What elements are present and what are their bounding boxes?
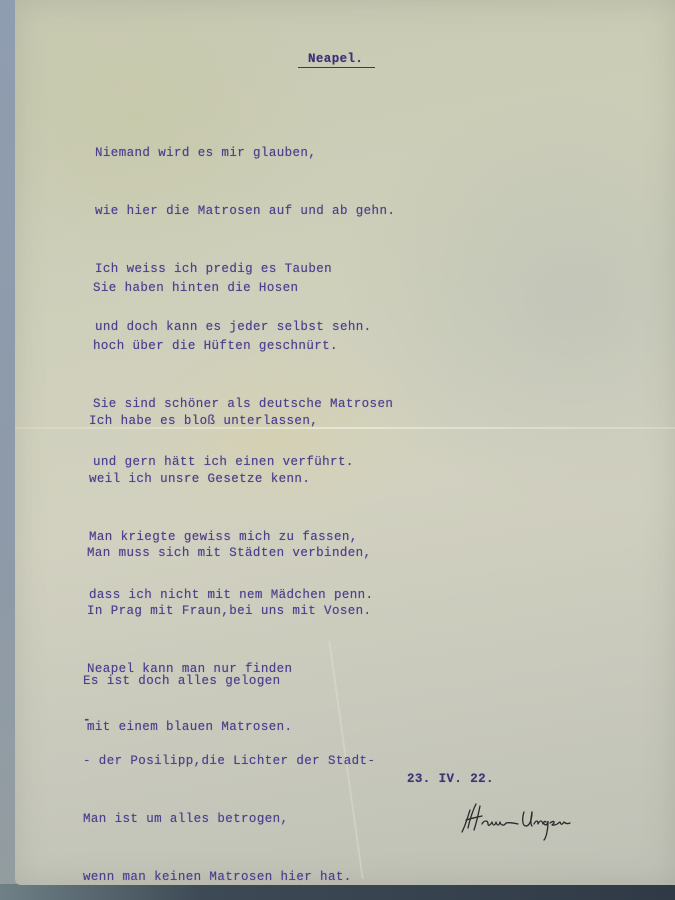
poem-line: Es ist doch alles gelogen — [83, 666, 375, 696]
poem-line: Ich habe es bloß unterlassen, — [89, 406, 373, 436]
poem-line: wenn man keinen Matrosen hier hat. — [83, 862, 375, 892]
poem-line: hoch über die Hüften geschnürt. — [93, 331, 393, 361]
poem-date: 23. IV. 22. — [407, 772, 494, 786]
poem-line: wie hier die Matrosen auf und ab gehn. — [95, 196, 395, 226]
handwritten-signature — [458, 798, 578, 846]
poem-line: Man muss sich mit Städten verbinden, — [87, 538, 371, 568]
poem-line: Man ist um alles betrogen, — [83, 804, 375, 834]
poem-line: Niemand wird es mir glauben, — [95, 138, 395, 168]
stanza-5: Es ist doch alles gelogen - - der Posili… — [83, 638, 375, 900]
poem-title: Neapel. — [298, 52, 375, 68]
stray-dash-mark: - — [83, 716, 375, 724]
poem-line: - der Posilipp,die Lichter der Stadt- — [83, 746, 375, 776]
poem-line: Sie haben hinten die Hosen — [93, 273, 393, 303]
poem-line: In Prag mit Fraun,bei uns mit Vosen. — [87, 596, 371, 626]
poem-line: weil ich unsre Gesetze kenn. — [89, 464, 373, 494]
